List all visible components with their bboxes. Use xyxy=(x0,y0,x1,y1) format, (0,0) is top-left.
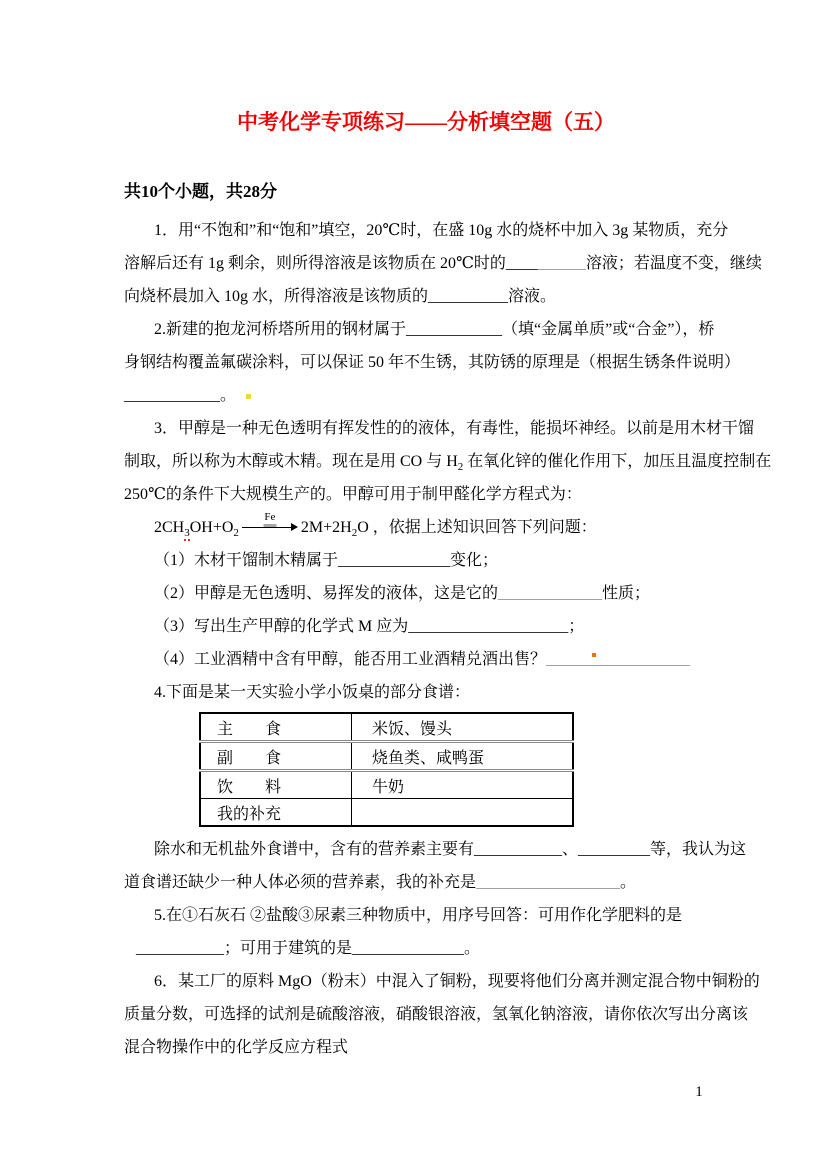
q4-line1-text2: 等，我认为这 xyxy=(650,841,746,858)
page-title: 中考化学专项练习——分析填空题（五） xyxy=(124,105,728,139)
arrow-head xyxy=(291,523,298,531)
table-row: 饮 料 牛奶 xyxy=(200,771,573,799)
answer-blank: _________ xyxy=(578,841,650,858)
q2-line1-text: 2.新建的抱龙河桥塔所用的钢材属于 xyxy=(154,321,406,338)
answer-blank: ______________ xyxy=(338,552,450,569)
q4-line2-text: 道食谱还缺少一种人体必须的营养素，我的补充是 xyxy=(124,874,476,891)
answer-blank: ______________ xyxy=(352,940,464,957)
answer-blank: __________ xyxy=(428,288,508,305)
table-cell-value: 牛奶 xyxy=(352,771,574,799)
q3-sub4: （4）工业酒精中含有甲醇，能否用工业酒精兑酒出售？_______________… xyxy=(124,643,728,676)
q3-line2-text2: 在氧化锌的催化作用下，加压且温度控制在 xyxy=(463,453,771,470)
q6-line3: 混合物操作中的化学反应方程式 xyxy=(124,1031,728,1064)
q5-line1: 5.在①石灰石 ②盐酸③尿素三种物质中，用序号回答：可用作化学肥料的是 xyxy=(124,899,728,932)
answer-blank: ____________________ xyxy=(408,618,568,635)
q3-line1: 3．甲醇是一种无色透明有挥发性的的液体，有毒性，能损坏神经。以前是用木材干馏 xyxy=(124,412,728,445)
highlight-dot-yellow-icon xyxy=(246,394,251,399)
table-cell-label: 我的补充 xyxy=(200,799,352,827)
q3-sub1-text: （1）木材干馏制木精属于 xyxy=(154,552,338,569)
answer-blank: ____________ xyxy=(124,387,220,404)
q1-line2-text: 溶解后还有 1g 剩余，则所得溶液是该物质在 20℃时的 xyxy=(124,255,506,272)
q2-line1: 2.新建的抱龙河桥塔所用的钢材属于____________（填“金属单质”或“合… xyxy=(124,313,728,346)
table-row: 副 食 烧鱼类、咸鸭蛋 xyxy=(200,742,573,771)
q3-line2-text: 制取，所以称为木醇或木精。现在是用 CO 与 H xyxy=(124,453,458,470)
arrow-line xyxy=(242,527,292,528)
q1-line2: 溶解后还有 1g 剩余，则所得溶液是该物质在 20℃时的__________溶液… xyxy=(124,247,728,280)
q5-line2-period: 。 xyxy=(464,940,480,957)
q4-line1: 除水和无机盐外食谱中，含有的营养素主要有___________、________… xyxy=(124,833,728,866)
q3-sub3: （3）写出生产甲醇的化学式 M 应为____________________； xyxy=(124,610,728,643)
answer-blank: ___________ xyxy=(474,841,562,858)
q1-line1: 1．用“不饱和”和“饱和”填空，20℃时，在盛 10g 水的烧杯中加入 3g 某… xyxy=(124,214,728,247)
q3-sub1: （1）木材干馏制木精属于______________变化； xyxy=(124,544,728,577)
answer-blank-gray: _____________ xyxy=(498,585,602,602)
q4-line2-period: 。 xyxy=(620,874,636,891)
q2-line3: ____________。 xyxy=(124,379,728,412)
q2-line2: 身钢结构覆盖氟碳涂料，可以保证 50 年不生锈，其防锈的原理是（根据生锈条件说明… xyxy=(124,346,728,379)
q5-line2-text: ；可用于建筑的是 xyxy=(224,940,352,957)
q3-sub4-text: （4）工业酒精中含有甲醇，能否用工业酒精兑酒出售？ xyxy=(154,651,546,668)
q3-line3: 250℃的条件下大规模生产的。甲醇可用于制甲醛化学方程式为： xyxy=(124,478,728,511)
table-row: 我的补充 xyxy=(200,799,573,827)
q1-line3: 向烧杯晨加入 10g 水，所得溶液是该物质的__________溶液。 xyxy=(124,280,728,313)
q4-line1-sep: 、 xyxy=(562,841,578,858)
q3-line2: 制取，所以称为木醇或木精。现在是用 CO 与 H2 在氧化锌的催化作用下，加压且… xyxy=(124,445,728,478)
q4-line2: 道食谱还缺少一种人体必须的营养素，我的补充是__________________… xyxy=(124,866,728,899)
answer-blank-gray: ____________ xyxy=(594,651,690,668)
table-cell-label: 饮 料 xyxy=(200,771,352,799)
q5-line2: ___________；可用于建筑的是______________。 xyxy=(124,932,728,965)
table-cell-value: 烧鱼类、咸鸭蛋 xyxy=(352,742,574,771)
document-page: 中考化学专项练习——分析填空题（五） 共10个小题，共28分 1．用“不饱和”和… xyxy=(0,0,827,1170)
question-list: 1．用“不饱和”和“饱和”填空，20℃时，在盛 10g 水的烧杯中加入 3g 某… xyxy=(124,214,728,1064)
eq-product: 2M+2H xyxy=(301,519,352,536)
table-row: 主 食 米饭、馒头 xyxy=(200,713,573,742)
catalyst-label: Fe xyxy=(263,511,276,527)
q6-line2: 质量分数，可选择的试剂是硫酸溶液，硝酸银溶液，氢氧化钠溶液，请你依次写出分离该 xyxy=(124,998,728,1031)
q3-sub3-text: （3）写出生产甲醇的化学式 M 应为 xyxy=(154,618,408,635)
answer-blank-gray: __________________ xyxy=(476,874,620,891)
table-cell-label: 主 食 xyxy=(200,713,352,742)
eq-tail-text: ，依据上述知识回答下列问题： xyxy=(369,519,597,536)
q4-line1-text: 除水和无机盐外食谱中，含有的营养素主要有 xyxy=(154,841,474,858)
q3-sub1-text2: 变化； xyxy=(450,552,498,569)
q3-sub2-text: （2）甲醇是无色透明、易挥发的液体，这是它的 xyxy=(154,585,498,602)
eq-reactant2: OH+O xyxy=(190,519,234,536)
q1-line3-text2: 溶液。 xyxy=(508,288,556,305)
table-cell-value: 米饭、馒头 xyxy=(352,713,574,742)
q3-sub2-text2: 性质； xyxy=(602,585,650,602)
q2-line3-period: 。 xyxy=(220,387,236,404)
answer-blank: ____________ xyxy=(406,321,502,338)
eq-reactant: 2CH xyxy=(154,519,184,536)
table-cell-value xyxy=(352,799,574,827)
subscript: 2 xyxy=(233,527,239,539)
section-header: 共10个小题，共28分 xyxy=(124,175,728,208)
answer-blank: ____ xyxy=(506,255,538,272)
reaction-arrow-icon: Fe xyxy=(242,518,298,534)
q4-intro: 4.下面是某一天实验小学小饭桌的部分食谱： xyxy=(124,676,728,709)
answer-blank-gray: ______ xyxy=(546,651,594,668)
q1-line2-text2: 溶液；若温度不变，继续 xyxy=(586,255,762,272)
eq-product2: O xyxy=(357,519,369,536)
table-cell-label: 副 食 xyxy=(200,742,352,771)
q3-sub3-text2: ； xyxy=(568,618,584,635)
q1-line3-text: 向烧杯晨加入 10g 水，所得溶液是该物质的 xyxy=(124,288,428,305)
q3-sub2: （2）甲醇是无色透明、易挥发的液体，这是它的_____________性质； xyxy=(124,577,728,610)
page-number: 1 xyxy=(688,1080,710,1104)
q6-line1: 6．某工厂的原料 MgO（粉末）中混入了铜粉，现要将他们分离并测定混合物中铜粉的 xyxy=(124,965,728,998)
q3-equation: 2CH3OH+O2Fe2M+2H2O ，依据上述知识回答下列问题： xyxy=(124,511,728,544)
answer-blank-gray: ______ xyxy=(538,255,586,272)
diet-table: 主 食 米饭、馒头 副 食 烧鱼类、咸鸭蛋 饮 料 牛奶 我的补充 xyxy=(199,712,574,827)
document-content: 中考化学专项练习——分析填空题（五） 共10个小题，共28分 1．用“不饱和”和… xyxy=(124,0,728,1064)
q2-line1-text2: （填“金属单质”或“合金”），桥 xyxy=(502,321,714,338)
answer-blank: ___________ xyxy=(136,940,224,957)
